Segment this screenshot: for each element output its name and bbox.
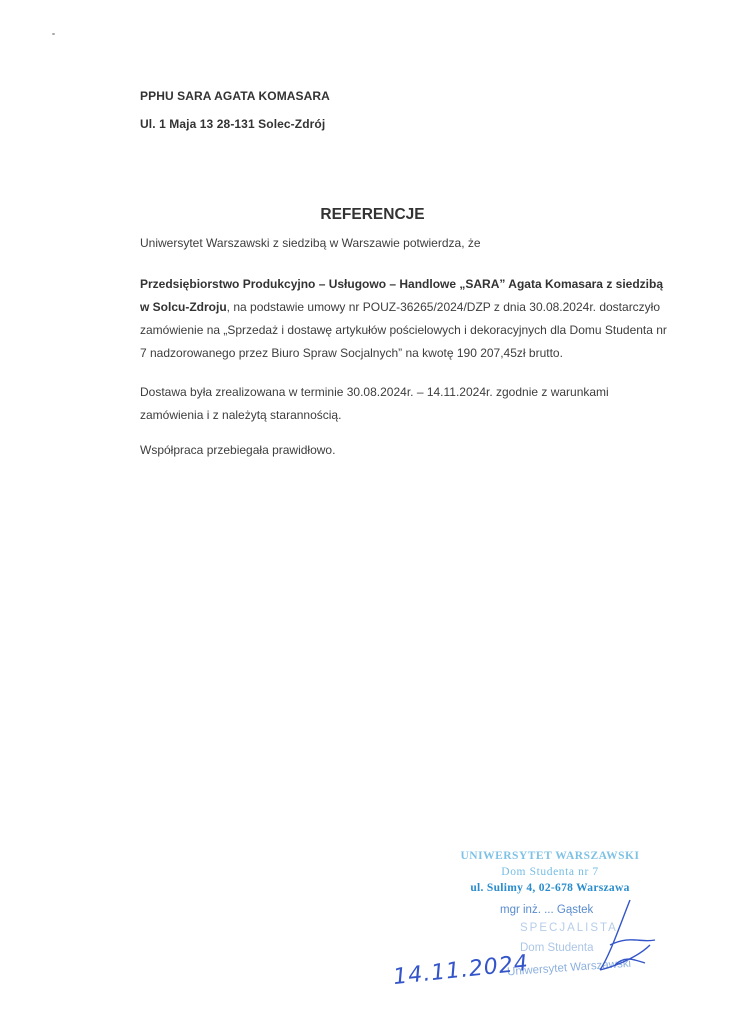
handwritten-date: 14.11.2024 (392, 951, 530, 990)
institution-stamp: UNIWERSYTET WARSZAWSKI Dom Studenta nr 7… (440, 848, 660, 896)
main-paragraph: Przedsiębiorstwo Produkcyjno – Usługowo … (140, 273, 670, 365)
signature-icon (580, 895, 670, 985)
cooperation-paragraph: Współpraca przebiegała prawidłowo. (140, 439, 670, 462)
scan-speck (52, 33, 55, 35)
stamp-line-address: ul. Sulimy 4, 02-678 Warszawa (440, 880, 660, 896)
delivery-paragraph: Dostawa była zrealizowana w terminie 30.… (140, 381, 670, 427)
document-title: REFERENCJE (0, 206, 745, 224)
sender-address: Ul. 1 Maja 13 28-131 Solec-Zdrój (140, 117, 325, 131)
intro-paragraph: Uniwersytet Warszawski z siedzibą w Wars… (140, 232, 670, 255)
sender-company: PPHU SARA AGATA KOMASARA (140, 89, 330, 103)
stamp-line-university: UNIWERSYTET WARSZAWSKI (440, 848, 660, 864)
stamp-line-dorm: Dom Studenta nr 7 (440, 864, 660, 880)
